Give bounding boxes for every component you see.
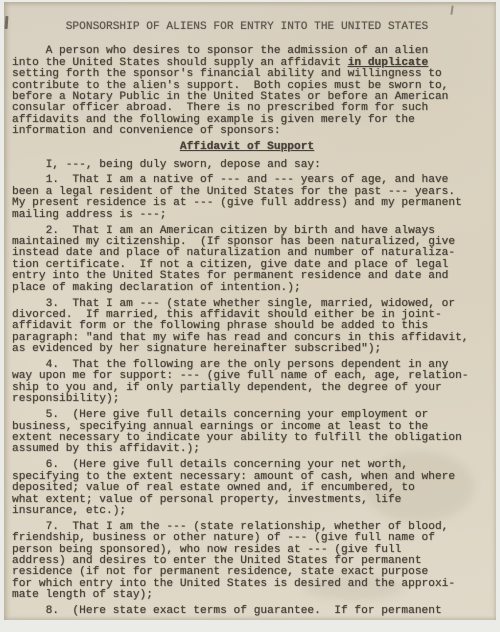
affidavit-item-2: 2. That I am an American citizen by birt… <box>12 226 482 294</box>
oath-line: I, ---, being duly sworn, depose and say… <box>12 160 482 171</box>
affidavit-item-3: 3. That I am --- (state whether single, … <box>12 299 482 356</box>
intro-text-end: setting forth the sponsor's financial ab… <box>12 68 448 137</box>
pen-mark-icon <box>450 6 458 16</box>
affidavit-item-8: 8. (Here state exact terms of guarantee.… <box>12 606 482 617</box>
affidavit-item-7: 7. That I am the --- (state relationship… <box>12 522 482 602</box>
document-body: SPONSORSHIP OF ALIENS FOR ENTRY INTO THE… <box>12 22 482 622</box>
intro-paragraph: A person who desires to sponsor the admi… <box>12 46 482 137</box>
document-title: SPONSORSHIP OF ALIENS FOR ENTRY INTO THE… <box>12 22 482 33</box>
affidavit-item-6: 6. (Here give full details concerning yo… <box>12 460 482 517</box>
affidavit-item-1: 1. That I am a native of --- and --- yea… <box>12 175 482 221</box>
affidavit-heading: Affidavit of Support <box>12 142 482 153</box>
underlined-phrase: in duplicate <box>348 57 429 69</box>
affidavit-item-4: 4. That the following are the only perso… <box>12 360 482 406</box>
affidavit-item-5: 5. (Here give full details concerning yo… <box>12 410 482 456</box>
